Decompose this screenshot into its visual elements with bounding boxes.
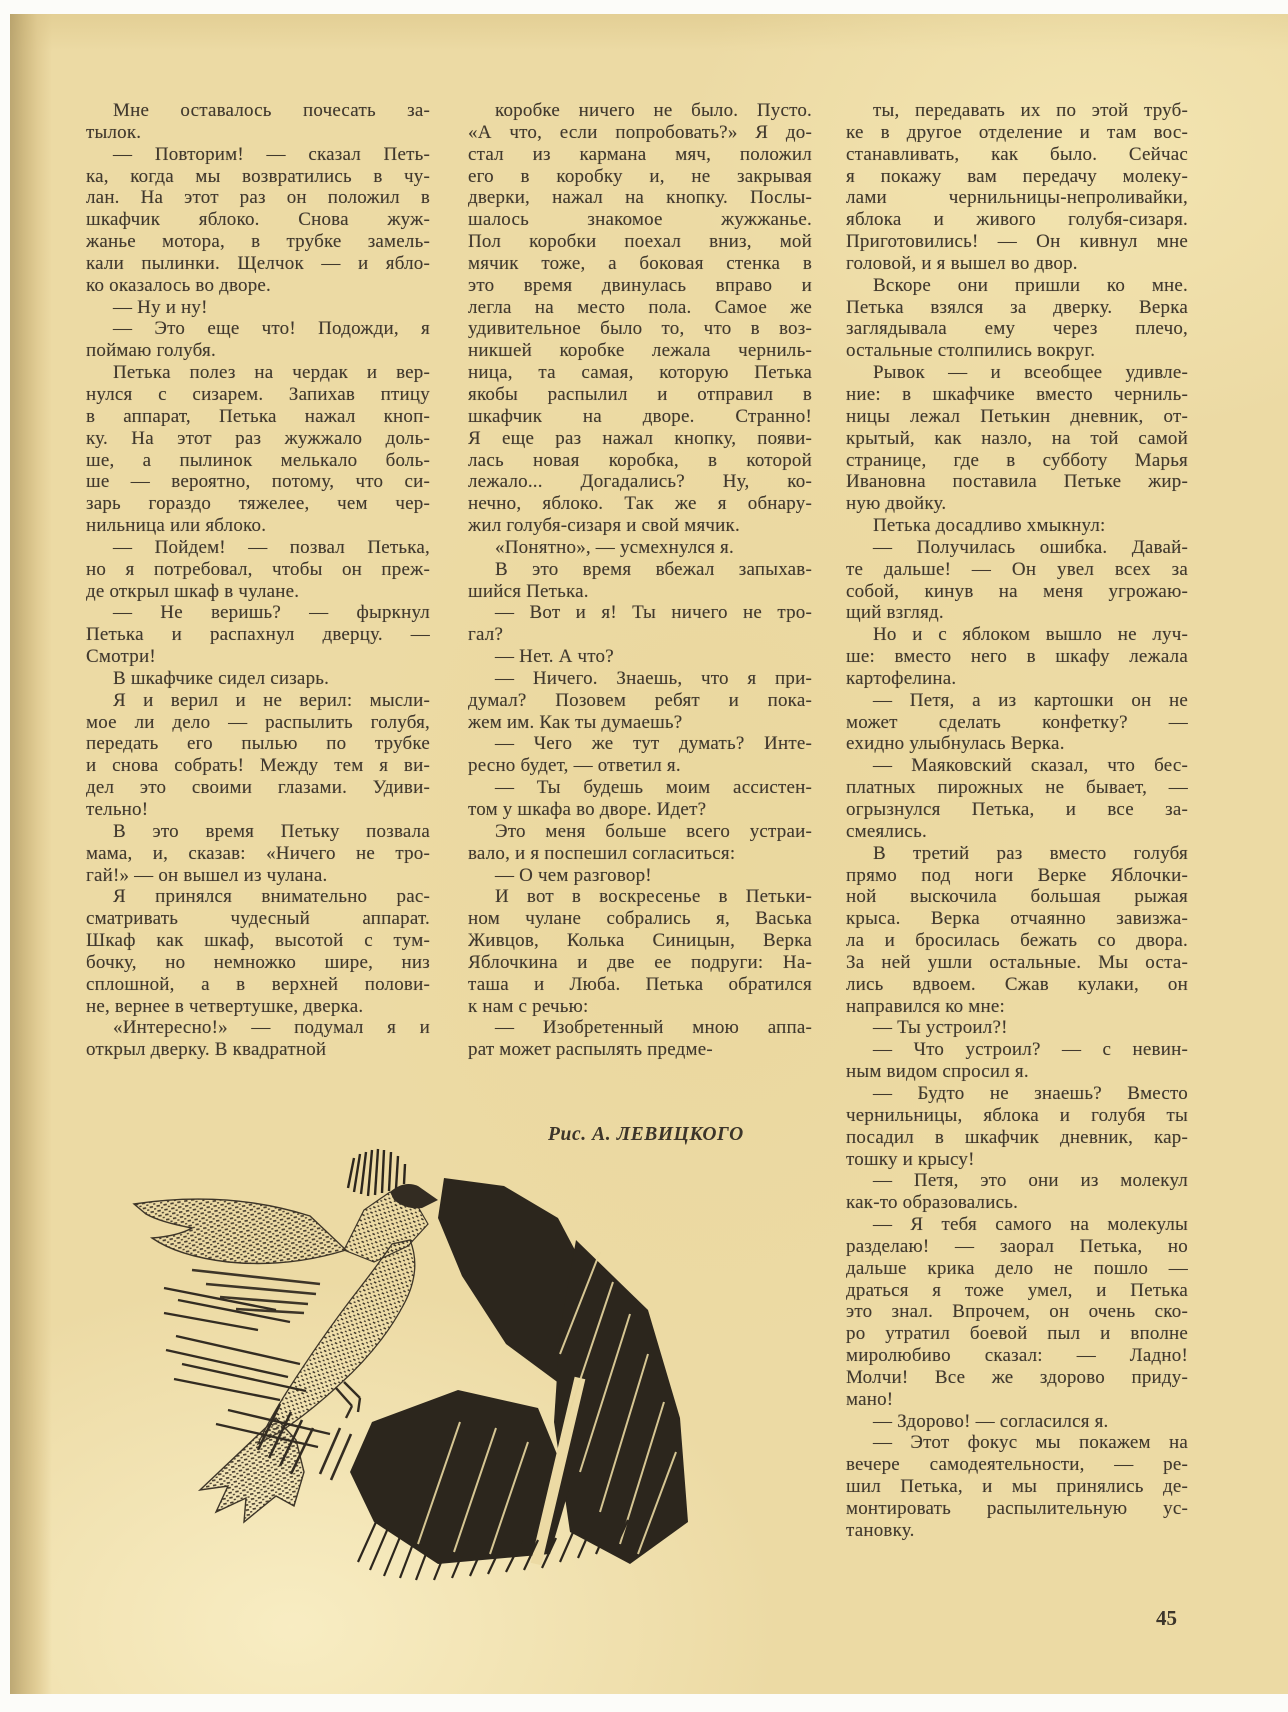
text-line: Петька досадливо хмыкнул: [846, 515, 1188, 537]
text-line: В это время Петьку позвала [86, 821, 430, 843]
text-line: В это время вбежал запыхав- [468, 559, 812, 581]
text-line: ро утратил боевой пыл и вполне [846, 1323, 1188, 1345]
text-line: удивительное было то, что в воз- [468, 318, 812, 340]
text-line: сматривать чудесный аппарат. [86, 908, 430, 930]
text-line: ресно будет, — ответил я. [468, 755, 812, 777]
text-line: это знал. Впрочем, он очень ско- [846, 1301, 1188, 1323]
text-line: заглядывала ему через плечо, [846, 318, 1188, 340]
text-line: Петька полез на чердак и вер- [86, 362, 430, 384]
text-line: Но и с яблоком вышло не луч- [846, 624, 1188, 646]
text-line: я покажу вам передачу молеку- [846, 166, 1188, 188]
text-line: В шкафчике сидел сизарь. [86, 668, 430, 690]
page-scan: Мне оставалось почесать за-тылок.— Повто… [10, 14, 1288, 1694]
text-line: мое ли дело — распылить голубя, [86, 712, 430, 734]
text-line: ше: вместо него в шкафу лежала [846, 646, 1188, 668]
text-line: Мне оставалось почесать за- [86, 100, 430, 122]
dove-tail [200, 1418, 304, 1522]
text-line: посадил в шкафчик дневник, кар- [846, 1127, 1188, 1149]
text-line: яблока и живого голубя-сизаря. [846, 209, 1188, 231]
text-line: ты, передавать их по этой труб- [846, 100, 1188, 122]
text-line: жанье мотора, в трубке замель- [86, 231, 430, 253]
text-line: За ней ушли остальные. Мы оста- [846, 952, 1188, 974]
text-line: нильница или яблоко. [86, 515, 430, 537]
text-line: рат может распылять предме- [468, 1039, 812, 1061]
text-line: ко оказалось во дворе. [86, 275, 430, 297]
text-line: кали пылинки. Щелчок — и ябло- [86, 253, 430, 275]
text-line: ка, когда мы возвратились в чу- [86, 166, 430, 188]
text-line: его в коробку и, не закрывая [468, 166, 812, 188]
text-line: — Пойдем! — позвал Петька, [86, 537, 430, 559]
text-line: — Ничего. Знаешь, что я при- [468, 668, 812, 690]
text-line: Это меня больше всего устраи- [468, 821, 812, 843]
text-line: открыл дверку. В квадратной [86, 1039, 430, 1061]
text-line: «Интересно!» — подумал я и [86, 1017, 430, 1039]
text-line: ние: в шкафчике вместо черниль- [846, 384, 1188, 406]
text-line: — Изобретенный мною аппа- [468, 1017, 812, 1039]
text-line: щий взгляд. [846, 602, 1188, 624]
text-line: крыса. Верка отчаянно завизжа- [846, 908, 1188, 930]
text-line: дверки, нажал на кнопку. Послы- [468, 187, 812, 209]
text-line: якобы распылил и отправил в [468, 384, 812, 406]
text-line: тановку. [846, 1520, 1188, 1542]
text-line: смеялись. [846, 821, 1188, 843]
text-line: шалось знакомое жужжанье. [468, 209, 812, 231]
dove-drawing-svg [108, 1092, 690, 1584]
text-line: Я принялся внимательно рас- [86, 886, 430, 908]
text-line: картофелина. [846, 668, 1188, 690]
text-line: тылок. [86, 122, 430, 144]
dove-feet [336, 1382, 360, 1418]
text-line: и снова собрать! Между тем я ви- [86, 755, 430, 777]
text-line: странице, где в субботу Марья [846, 450, 1188, 472]
text-line: лись вдвоем. Сжав кулаки, он [846, 974, 1188, 996]
text-line: ной выскочила большая рыжая [846, 886, 1188, 908]
text-line: — Не веришь? — фыркнул [86, 602, 430, 624]
text-line: «А что, если попробовать?» Я до- [468, 122, 812, 144]
text-line: это время двинулась вправо и [468, 275, 812, 297]
text-line: И вот в воскресенье в Петьки- [468, 886, 812, 908]
text-line: Смотри! [86, 646, 430, 668]
text-line: чернильницы, яблока и голубя ты [846, 1105, 1188, 1127]
text-line: вало, и я поспешил согласиться: [468, 843, 812, 865]
text-line: как-то образовались. [846, 1192, 1188, 1214]
text-line: крытый, как назло, на той самой [846, 428, 1188, 450]
text-line: зарь гораздо тяжелее, чем чер- [86, 493, 430, 515]
text-line: нечно, яблоко. Так же я обнару- [468, 493, 812, 515]
text-line: ке в другое отделение и там вос- [846, 122, 1188, 144]
text-line: Вскоре они пришли ко мне. [846, 275, 1188, 297]
text-line: платных пирожных не бывает, — [846, 777, 1188, 799]
text-line: ном чулане собрались я, Васька [468, 908, 812, 930]
text-line: дел это своими глазами. Удиви- [86, 777, 430, 799]
text-line: Петька взялся за дверку. Верка [846, 297, 1188, 319]
text-line: гал? [468, 624, 812, 646]
text-line: лан. На этот раз он положил в [86, 187, 430, 209]
text-line: — Ты устроил?! [846, 1017, 1188, 1039]
text-line: ку. На этот раз жужжало доль- [86, 428, 430, 450]
text-line: Живцов, Колька Синицын, Верка [468, 930, 812, 952]
text-line: жем им. Как ты думаешь? [468, 712, 812, 734]
text-line: ше — вероятно, потому, что си- [86, 471, 430, 493]
text-line: ла и бросилась бежать со двора. [846, 930, 1188, 952]
text-line: Шкаф как шкаф, высотой с тум- [86, 930, 430, 952]
text-line: — Повторим! — сказал Петь- [86, 144, 430, 166]
text-line: направился ко мне: [846, 996, 1188, 1018]
text-line: шил Петька, и мы принялись де- [846, 1476, 1188, 1498]
page-number: 45 [1156, 1606, 1177, 1631]
text-line: никшей коробке лежала черниль- [468, 340, 812, 362]
text-line: Я еще раз нажал кнопку, появи- [468, 428, 812, 450]
text-line: мячик тоже, а боковая стенка в [468, 253, 812, 275]
text-column-1: Мне оставалось почесать за-тылок.— Повто… [86, 100, 430, 1061]
text-line: «Понятно», — усмехнулся я. [468, 537, 812, 559]
text-line: Рывок — и всеобщее удивле- [846, 362, 1188, 384]
text-line: вечере самодеятельности, — ре- [846, 1454, 1188, 1476]
text-line: Ивановна поставила Петьке жир- [846, 471, 1188, 493]
text-line: головой, и я вышел во двор. [846, 253, 1188, 275]
text-line: мама, и, сказав: «Ничего не тро- [86, 843, 430, 865]
text-line: жил голубя-сизаря и свой мячик. [468, 515, 812, 537]
text-line: в аппарат, Петька нажал кноп- [86, 406, 430, 428]
text-line: — Петя, это они из молекул [846, 1170, 1188, 1192]
text-column-2: коробке ничего не было. Пусто.«А что, ес… [468, 100, 812, 1061]
text-line: В третий раз вместо голубя [846, 843, 1188, 865]
text-line: легла на место пола. Самое же [468, 297, 812, 319]
text-line: — О чем разговор! [468, 865, 812, 887]
text-line: — Будто не знаешь? Вместо [846, 1083, 1188, 1105]
text-line: стал из кармана мяч, положил [468, 144, 812, 166]
text-line: разделаю! — заорал Петька, но [846, 1236, 1188, 1258]
text-line: таша и Люба. Петька обратился [468, 974, 812, 996]
text-line: но я потребовал, чтобы он преж- [86, 559, 430, 581]
text-line: собой, кинув на меня угрожаю- [846, 581, 1188, 603]
text-line: Молчи! Все же здорово приду- [846, 1367, 1188, 1389]
text-line: коробке ничего не было. Пусто. [468, 100, 812, 122]
text-line: бочку, но немножко шире, низ [86, 952, 430, 974]
text-line: Пол коробки поехал вниз, мой [468, 231, 812, 253]
text-line: прямо под ноги Верке Яблочки- [846, 865, 1188, 887]
dove-far-wing [134, 1199, 346, 1263]
text-line: поймаю голубя. [86, 340, 430, 362]
text-line: огрызнулся Петька, и все за- [846, 799, 1188, 821]
text-line: те дальше! — Он увел всех за [846, 559, 1188, 581]
text-line: — Маяковский сказал, что бес- [846, 755, 1188, 777]
text-line: не, вернее в четвертушке, дверка. [86, 996, 430, 1018]
text-line: ехидно улыбнулась Верка. [846, 733, 1188, 755]
text-line: гай!» — он вышел из чулана. [86, 865, 430, 887]
text-line: передать его пылью по трубке [86, 733, 430, 755]
text-line: к нам с речью: [468, 996, 812, 1018]
text-line: ным видом спросил я. [846, 1061, 1188, 1083]
text-line: может сделать конфетку? — [846, 712, 1188, 734]
text-line: ница, та самая, которую Петька [468, 362, 812, 384]
text-line: дальше крика дело не пошло — [846, 1258, 1188, 1280]
text-line: миролюбиво сказал: — Ладно! [846, 1345, 1188, 1367]
text-line: думал? Позовем ребят и пока- [468, 690, 812, 712]
text-line: — Получилась ошибка. Давай- [846, 537, 1188, 559]
text-line: мано! [846, 1389, 1188, 1411]
text-line: том у шкафа во дворе. Идет? [468, 799, 812, 821]
text-line: ше, а пылинок мелькало боль- [86, 450, 430, 472]
text-line: Яблочкина и две ее подруги: На- [468, 952, 812, 974]
text-line: шкафчик на дворе. Странно! [468, 406, 812, 428]
text-line: тельно! [86, 799, 430, 821]
text-line: де открыл шкаф в чулане. [86, 581, 430, 603]
text-line: шийся Петька. [468, 581, 812, 603]
text-line: драться я тоже умел, и Петька [846, 1280, 1188, 1302]
text-line: лежало... Догадались? Ну, ко- [468, 471, 812, 493]
text-line: ную двойку. [846, 493, 1188, 515]
text-line: — Нет. А что? [468, 646, 812, 668]
text-line: — Этот фокус мы покажем на [846, 1432, 1188, 1454]
text-line: ницы лежал Петькин дневник, от- [846, 406, 1188, 428]
text-line: монтировать распылительную ус- [846, 1498, 1188, 1520]
text-line: — Это еще что! Подожди, я [86, 318, 430, 340]
text-line: — Вот и я! Ты ничего не тро- [468, 602, 812, 624]
page-edge-shadow [10, 14, 52, 1694]
text-line: шкафчик яблоко. Снова жуж- [86, 209, 430, 231]
text-column-3: ты, передавать их по этой труб-ке в друг… [846, 100, 1188, 1542]
text-line: — Ну и ну! [86, 297, 430, 319]
text-line: — Я тебя самого на молекулы [846, 1214, 1188, 1236]
text-line: — Петя, а из картошки он не [846, 690, 1188, 712]
text-line: Петька и распахнул дверцу. — [86, 624, 430, 646]
text-line: сплошной, а в верхней полови- [86, 974, 430, 996]
text-line: лась новая коробка, в которой [468, 450, 812, 472]
text-line: Я и верил и не верил: мысли- [86, 690, 430, 712]
dove-body [258, 1240, 415, 1444]
text-line: тошку и крысу! [846, 1149, 1188, 1171]
text-line: Приготовились! — Он кивнул мне [846, 231, 1188, 253]
text-line: — Что устроил? — с невин- [846, 1039, 1188, 1061]
text-line: — Чего же тут думать? Инте- [468, 733, 812, 755]
text-line: станавливать, как было. Сейчас [846, 144, 1188, 166]
dove-illustration [108, 1092, 690, 1584]
text-line: — Здорово! — согласился я. [846, 1411, 1188, 1433]
text-line: нулся с сизарем. Запихав птицу [86, 384, 430, 406]
text-line: — Ты будешь моим ассистен- [468, 777, 812, 799]
text-line: остальные столпились вокруг. [846, 340, 1188, 362]
text-line: лами чернильницы-непроливайки, [846, 187, 1188, 209]
